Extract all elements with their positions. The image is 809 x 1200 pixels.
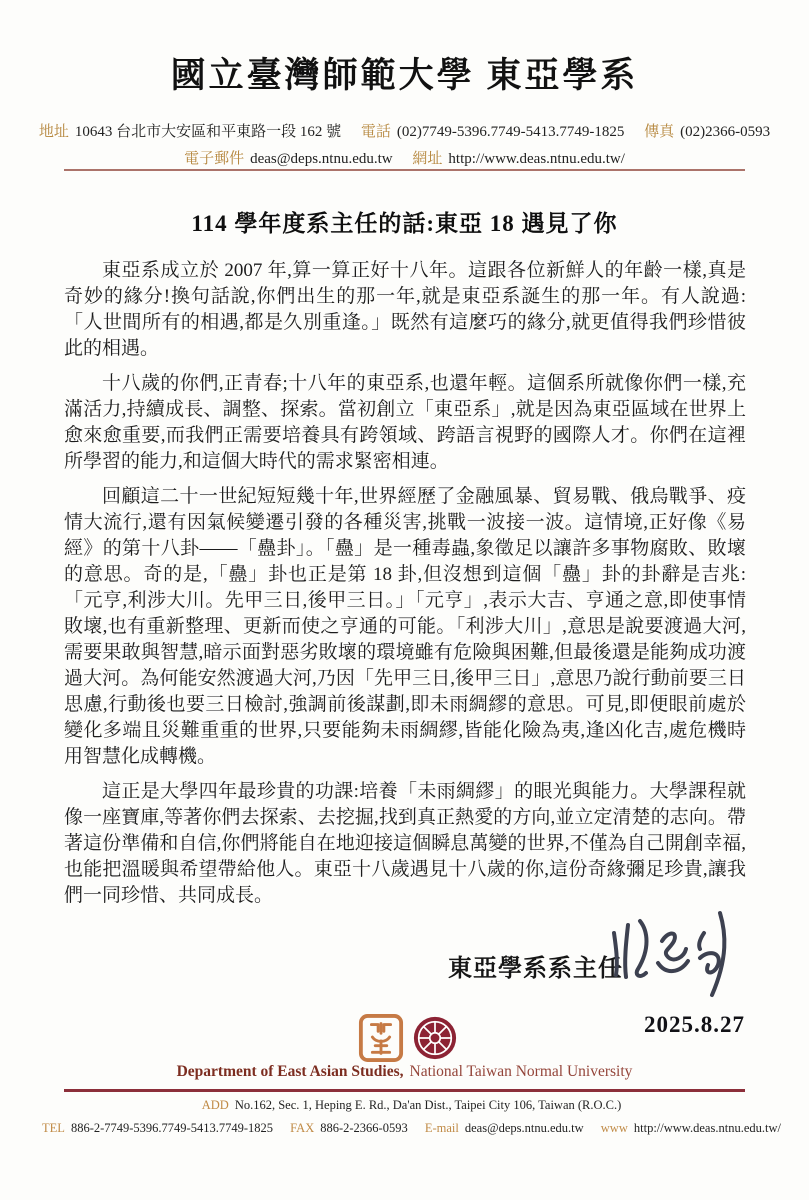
handwritten-signature-icon [600, 898, 750, 1008]
tel-label: TEL [42, 1121, 65, 1135]
email-group: 電子郵件deas@deps.ntnu.edu.tw [184, 151, 393, 167]
header-divider [64, 169, 745, 171]
www-label: www [601, 1121, 628, 1135]
email-en-group: E-maildeas@deps.ntnu.edu.tw [425, 1121, 584, 1135]
paragraph-1: 東亞系成立於 2007 年,算一算正好十八年。這跟各位新鮮人的年齡一樣,真是奇妙… [64, 258, 746, 362]
phone-label: 電話 [361, 124, 391, 140]
fax-en-value: 886-2-2366-0593 [320, 1121, 408, 1135]
website-label: 網址 [412, 151, 442, 167]
tel-value: 886-2-7749-5396.7749-5413.7749-1825 [71, 1121, 273, 1135]
phone-value: (02)7749-5396.7749-5413.7749-1825 [397, 124, 624, 140]
email-en-value: deas@deps.ntnu.edu.tw [465, 1121, 584, 1135]
fax-label: 傳真 [644, 124, 674, 140]
department-square-seal-icon [358, 1013, 404, 1063]
department-english-name: Department of East Asian Studies,Nationa… [0, 1063, 809, 1081]
website-en-value: http://www.deas.ntnu.edu.tw/ [634, 1121, 781, 1135]
phone-group: 電話(02)7749-5396.7749-5413.7749-1825 [361, 124, 625, 140]
header-contact-line-2: 電子郵件deas@deps.ntnu.edu.tw 網址http://www.d… [0, 147, 809, 168]
email-label: 電子郵件 [184, 151, 244, 167]
address-en-value: No.162, Sec. 1, Heping E. Rd., Da'an Dis… [235, 1098, 621, 1112]
address-label: 地址 [39, 124, 69, 140]
ntnu-round-seal-icon [412, 1015, 458, 1061]
website-value: http://www.deas.ntnu.edu.tw/ [448, 151, 625, 167]
footer-divider [64, 1089, 745, 1092]
fax-value: (02)2366-0593 [680, 124, 770, 140]
address-value: 10643 台北市大安區和平東路一段 162 號 [75, 124, 341, 140]
email-value: deas@deps.ntnu.edu.tw [250, 151, 393, 167]
paragraph-3: 回顧這二十一世紀短短幾十年,世界經歷了金融風暴、貿易戰、俄烏戰爭、疫情大流行,還… [64, 484, 746, 770]
university-title: 國立臺灣師範大學 東亞學系 [0, 48, 809, 98]
add-label: ADD [202, 1098, 229, 1112]
paragraph-2: 十八歲的你們,正青春;十八年的東亞系,也還年輕。這個系所就像你們一樣,充滿活力,… [64, 371, 746, 475]
email-en-label: E-mail [425, 1121, 459, 1135]
fax-en-label: FAX [290, 1121, 314, 1135]
add-group: ADDNo.162, Sec. 1, Heping E. Rd., Da'an … [202, 1098, 622, 1112]
www-group: wwwhttp://www.deas.ntnu.edu.tw/ [601, 1121, 781, 1135]
tel-group: TEL886-2-7749-5396.7749-5413.7749-1825 [42, 1121, 273, 1135]
signer-title: 東亞學系系主任 [448, 948, 623, 983]
fax-en-group: FAX886-2-2366-0593 [290, 1121, 408, 1135]
department-name-bold: Department of East Asian Studies, [177, 1063, 404, 1080]
university-name-en: National Taiwan Normal University [410, 1063, 633, 1080]
header-contact-line-1: 地址10643 台北市大安區和平東路一段 162 號 電話(02)7749-53… [0, 120, 809, 141]
website-group: 網址http://www.deas.ntnu.edu.tw/ [412, 151, 625, 167]
footer-contact-line: TEL886-2-7749-5396.7749-5413.7749-1825 F… [0, 1121, 809, 1136]
footer-address-line: ADDNo.162, Sec. 1, Heping E. Rd., Da'an … [0, 1098, 809, 1113]
fax-group: 傳真(02)2366-0593 [644, 124, 770, 140]
paragraph-4: 這正是大學四年最珍貴的功課:培養「未雨綢繆」的眼光與能力。大學課程就像一座寶庫,… [64, 779, 746, 909]
seal-group [358, 1013, 458, 1063]
address-group: 地址10643 台北市大安區和平東路一段 162 號 [39, 124, 341, 140]
letter-page: 國立臺灣師範大學 東亞學系 地址10643 台北市大安區和平東路一段 162 號… [0, 0, 809, 1200]
letter-body: 東亞系成立於 2007 年,算一算正好十八年。這跟各位新鮮人的年齡一樣,真是奇妙… [64, 258, 746, 909]
letter-title: 114 學年度系主任的話:東亞 18 遇見了你 [0, 205, 809, 238]
